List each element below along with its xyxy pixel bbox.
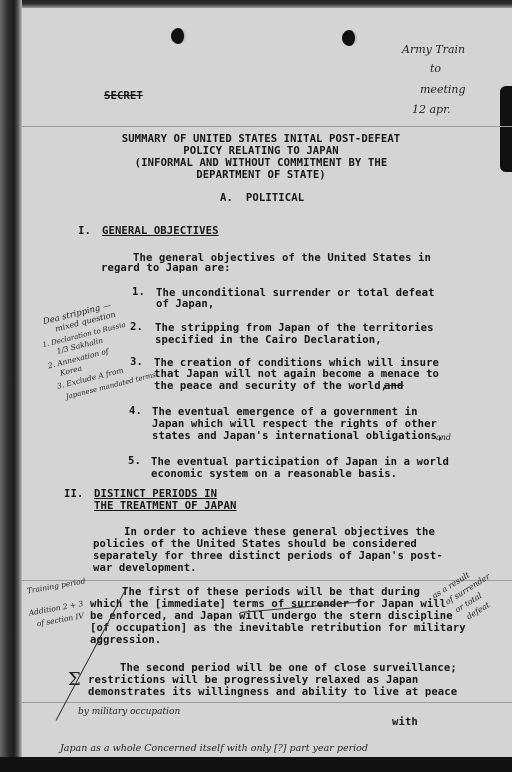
item-number: 4. [129,405,142,418]
part-numeral: II. [64,488,83,501]
part-numeral: I. [78,225,91,238]
title-line: SUMMARY OF UNITED STATES INITAL POST-DEF… [96,133,426,146]
item-line: that Japan will not again become a menac… [154,368,439,381]
item-line: the peace and security of the world, [154,380,387,393]
fold-line [22,702,512,703]
item-line: specified in the Cairo Declaration, [155,334,382,347]
handwritten-note-left-period: Training period Addition 2 + 3 of sectio… [24,574,103,645]
item-line: The eventual emergence of a government i… [152,406,418,419]
item-line: Japan which will respect the rights of o… [152,418,437,431]
paragraph-line: demonstrates its willingness and ability… [88,686,457,699]
part-heading: DISTINCT PERIODS IN [94,488,217,501]
paragraph-line: separately for three distinct periods of… [93,550,443,563]
part-heading: THE TREATMENT OF JAPAN [94,500,237,513]
handwritten-addition: and [436,432,451,444]
punch-hole-right [342,30,357,46]
scan-frame-left [0,0,22,772]
title-line: (INFORMAL AND WITHOUT COMMITMENT BY THE [96,157,426,170]
paragraph-line: restrictions will be progressively relax… [88,674,418,687]
item-number: 1. [132,286,145,299]
paragraph-line: policies of the United States should be … [93,538,417,551]
struck-word: and [384,380,403,393]
scan-frame-bottom [0,757,512,772]
continuation-word: with [392,716,418,729]
item-line: of Japan, [156,298,214,311]
item-line: states and Japan's international obligat… [152,430,444,443]
paragraph-line: be enforced, and Japan will undergo the … [90,610,453,623]
note-line: 12 apr. [412,104,451,116]
intro-line: regard to Japan are: [101,262,231,275]
paragraph-line: The first of these periods will be that … [122,586,420,599]
note-line: to [430,63,441,75]
fold-line [22,580,512,581]
paragraph-line: In order to achieve these general object… [124,526,435,539]
note-line: Army Train [402,44,465,56]
handwritten-insertion: by military occupation [78,706,180,718]
item-line: The eventual participation of Japan in a… [151,456,449,469]
paragraph-line: [of occupation] as the inevitable retrib… [90,622,466,635]
title-line: DEPARTMENT OF STATE) [96,169,426,182]
page-tab-marker [500,86,512,172]
part-heading: GENERAL OBJECTIVES [102,225,219,238]
handwritten-bottom-note: Japan as a whole Concerned itself with o… [60,743,368,755]
title-line: POLICY RELATING TO JAPAN [96,145,426,158]
item-number: 5. [128,455,141,468]
classification-stamp: SECRET [104,90,143,103]
paragraph-line: war development. [93,562,197,575]
item-line: The stripping from Japan of the territor… [155,322,434,335]
paragraph-line: The second period will be one of close s… [120,662,457,675]
note-line: meeting [420,84,466,96]
fold-line [22,126,512,127]
punch-hole-left [171,28,186,44]
item-line: economic system on a reasonable basis. [151,468,397,481]
section-heading: A. POLITICAL [220,192,304,205]
scan-frame-top [22,0,512,8]
